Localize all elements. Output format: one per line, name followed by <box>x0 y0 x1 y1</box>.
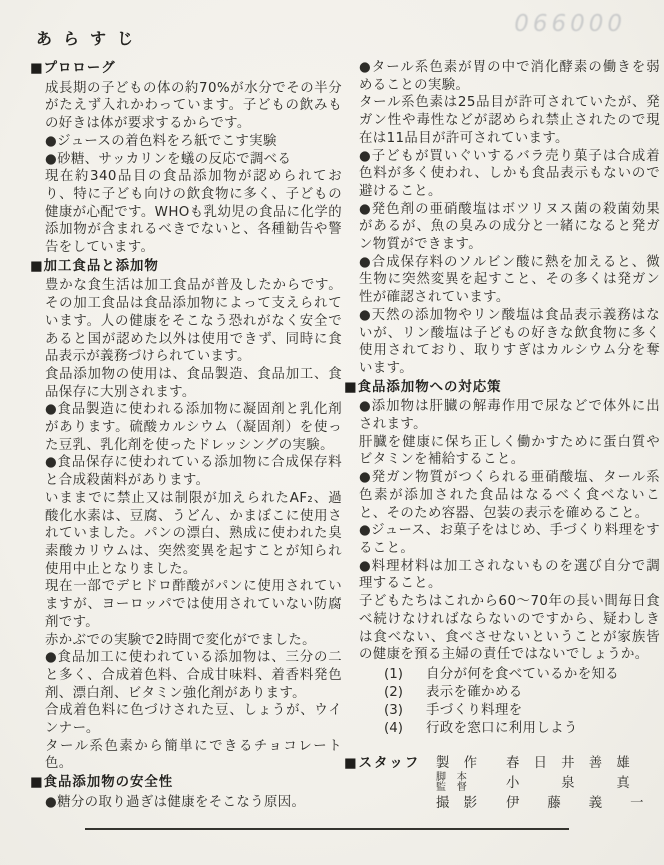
section-heading-processed-foods: ■加工食品と添加物 <box>30 258 342 276</box>
staff-name: 伊 藤 義 一 <box>506 794 644 813</box>
staff-row-producer: 製 作 春 日 井 善 雄 <box>436 754 660 773</box>
guideline-item: (1) 自分が何を食べているかを知る <box>384 666 660 684</box>
page-title: あらすじ <box>36 26 660 49</box>
paragraph: 成長期の子どもの体の約70%が水分でその半分がたえず入れかわっています。子どもの… <box>45 80 342 133</box>
bullet-item: ●発ガン物質がつくられる亜硝酸塩、タール系色素が添加された食品はなるべく食べない… <box>359 469 660 522</box>
footer-divider <box>85 828 569 830</box>
bullet-item: ●合成保存料のソルビン酸に熱を加えると、微生物に突然変異を起すこと、その多くは発… <box>359 254 660 307</box>
bullet-item: ●砂糖、サッカリンを蟻の反応で調べる <box>45 151 342 169</box>
staff-name: 春 日 井 善 雄 <box>506 754 630 773</box>
staff-credits: ■スタッフ 製 作 春 日 井 善 雄 脚 本 監 督 小 泉 真 <box>344 754 660 813</box>
bullet-item: ●ジュース、お菓子をはじめ、手づくり料理をすること。 <box>359 522 660 557</box>
bullet-item: ●食品加工に使われている添加物は、三分の二と多く、合成着色料、合成甘味料、着香料… <box>45 649 342 702</box>
paragraph: 子どもたちはこれから60～70年の長い間毎日食べ続けなければならないのですから、… <box>359 593 660 664</box>
staff-role-bottom: 監 督 <box>436 783 484 794</box>
guideline-number: (3) <box>384 702 410 720</box>
right-column: ●タール系色素が胃の中で消化酵素の働きを弱めることの実験。 タール系色素は25品… <box>344 59 660 813</box>
section-heading-prologue: ■プロローグ <box>30 60 342 78</box>
paragraph: 現在一部でデヒドロ酢酸がパンに使用されていますが、ヨーロッパでは使用されていない… <box>45 578 342 631</box>
guideline-item: (2) 表示を確かめる <box>384 684 660 702</box>
document-content: あらすじ ■プロローグ 成長期の子どもの体の約70%が水分でその半分がたえず入れ… <box>30 26 660 813</box>
section-heading-countermeasures: ■食品添加物への対応策 <box>344 379 660 397</box>
bullet-item: ●食品保存に使われている添加物に合成保存料と合成殺菌料があります。 <box>45 454 342 489</box>
left-column: ■プロローグ 成長期の子どもの体の約70%が水分でその半分がたえず入れかわってい… <box>30 59 342 812</box>
bullet-item: ●食品製造に使われる添加物に凝固剤と乳化剤があります。硫酸カルシウム（凝固剤）を… <box>45 401 342 454</box>
guideline-text: 手づくり料理を <box>426 702 523 720</box>
bullet-item: ●発色剤の亜硝酸塩はボツリヌス菌の殺菌効果があるが、魚の臭みの成分と一緒になると… <box>359 201 660 254</box>
bullet-item: ●天然の添加物やリン酸塩は食品表示義務はないが、リン酸塩は子どもの好きな飲食物に… <box>359 307 660 378</box>
paragraph: 赤かぶでの実験で2時間で変化がでました。 <box>45 632 342 650</box>
staff-role: 製 作 <box>436 754 484 773</box>
staff-role: 撮 影 <box>436 794 484 813</box>
staff-role: 脚 本 監 督 <box>436 773 484 794</box>
guideline-number: (2) <box>384 684 410 702</box>
bullet-item: ●料理材料は加工されないものを選び自分で調理すること。 <box>359 558 660 593</box>
paragraph: いままでに禁止又は制限が加えられたAF₂、過酸化水素は、豆腐、うどん、かまぼこに… <box>45 490 342 579</box>
guideline-list: (1) 自分が何を食べているかを知る (2) 表示を確かめる (3) 手づくり料… <box>384 666 660 738</box>
section-heading-safety: ■食品添加物の安全性 <box>30 774 342 792</box>
bullet-item: ●子どもが買いぐいするバラ売り菓子は合成着色料が多く使われ、しかも食品表示もない… <box>359 148 660 201</box>
staff-heading: ■スタッフ <box>344 754 436 773</box>
paragraph: 現在約340品目の食品添加物が認められており、特に子ども向けの飲食物に多く、子ど… <box>45 168 342 257</box>
paragraph: タール系色素から簡単にできるチョコレート色。 <box>45 738 342 773</box>
guideline-number: (1) <box>384 666 410 684</box>
guideline-text: 行政を窓口に利用しよう <box>426 720 578 738</box>
guideline-text: 表示を確かめる <box>426 684 523 702</box>
paragraph: 合成着色料に色づけされた豆、しょうが、ウインナー。 <box>45 702 342 737</box>
guideline-number: (4) <box>384 720 410 738</box>
two-column-layout: ■プロローグ 成長期の子どもの体の約70%が水分でその半分がたえず入れかわってい… <box>30 59 660 813</box>
staff-name: 小 泉 真 <box>506 774 630 793</box>
bullet-item: ●糖分の取り過ぎは健康をそこなう原因。 <box>45 794 342 812</box>
staff-rows: 製 作 春 日 井 善 雄 脚 本 監 督 小 泉 真 撮 影 <box>436 754 660 813</box>
guideline-item: (4) 行政を窓口に利用しよう <box>384 720 660 738</box>
bullet-item: ●ジュースの着色料をろ紙でこす実験 <box>45 133 342 151</box>
guideline-item: (3) 手づくり料理を <box>384 702 660 720</box>
guideline-text: 自分が何を食べているかを知る <box>426 666 619 684</box>
bullet-item: ●タール系色素が胃の中で消化酵素の働きを弱めることの実験。 <box>359 59 660 94</box>
staff-row-writer-director: 脚 本 監 督 小 泉 真 <box>436 773 660 794</box>
document-page: 000990 あらすじ ■プロローグ 成長期の子どもの体の約70%が水分でその半… <box>0 0 664 865</box>
paragraph: 豊かな食生活は加工食品が普及したからです。その加工食品は食品添加物によって支えら… <box>45 277 342 366</box>
paragraph: タール系色素は25品目が許可されていたが、発ガン性や毒性などが認められ禁止された… <box>359 94 660 147</box>
paragraph: 肝臓を健康に保ち正しく働かすために蛋白質やビタミンを補給すること。 <box>359 434 660 469</box>
paragraph: 食品添加物の使用は、食品製造、食品加工、食品保存に大別されます。 <box>45 366 342 401</box>
staff-row-cinematographer: 撮 影 伊 藤 義 一 <box>436 794 660 813</box>
bullet-item: ●添加物は肝臓の解毒作用で尿などで体外に出されます。 <box>359 398 660 433</box>
